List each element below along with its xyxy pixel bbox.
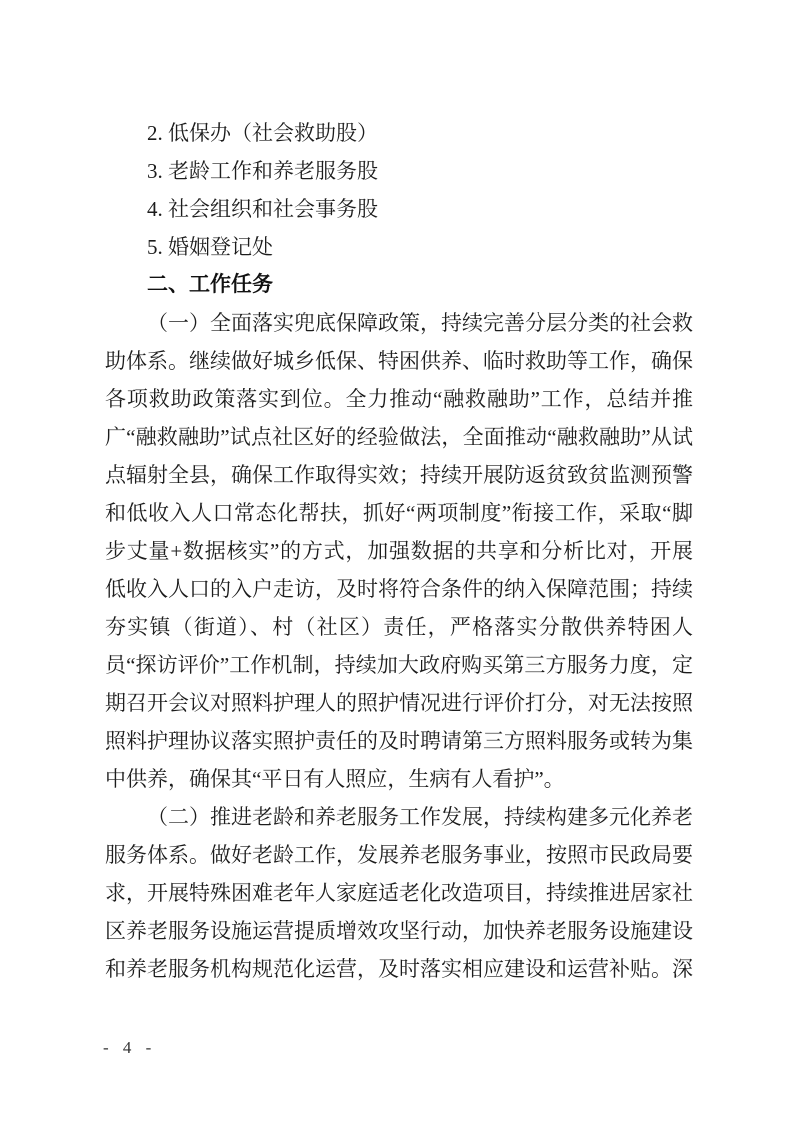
page-number: - 4 - — [103, 1038, 156, 1058]
paragraph-1: （一）全面落实兜底保障政策，持续完善分层分类的社会救助体系。继续做好城乡低保、特… — [105, 304, 693, 798]
document-page: 2. 低保办（社会救助股） 3. 老龄工作和养老服务股 4. 社会组织和社会事务… — [0, 0, 793, 1122]
document-content: 2. 低保办（社会救助股） 3. 老龄工作和养老服务股 4. 社会组织和社会事务… — [0, 0, 793, 988]
list-item-3: 3. 老龄工作和养老服务股 — [105, 152, 693, 190]
section-heading: 二、工作任务 — [105, 266, 693, 304]
paragraph-2: （二）推进老龄和养老服务工作发展，持续构建多元化养老服务体系。做好老龄工作，发展… — [105, 798, 693, 988]
list-item-4: 4. 社会组织和社会事务股 — [105, 190, 693, 228]
list-item-5: 5. 婚姻登记处 — [105, 228, 693, 266]
list-item-2: 2. 低保办（社会救助股） — [105, 114, 693, 152]
